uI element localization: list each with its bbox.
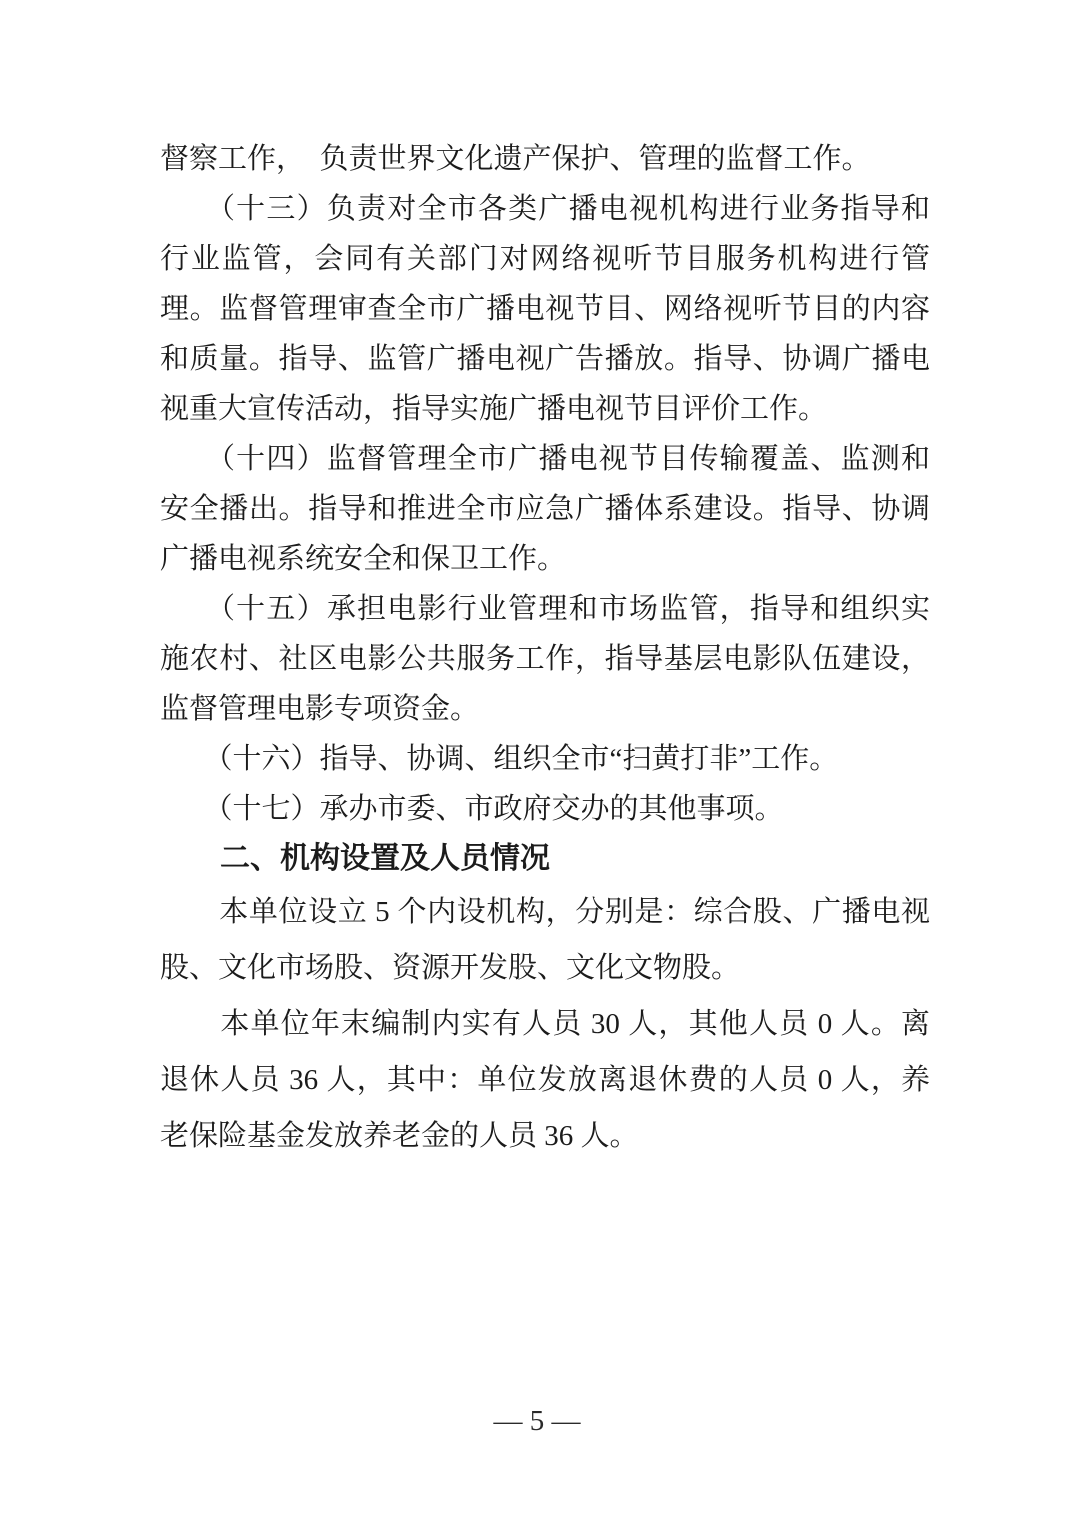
paragraph: 本单位设立 5 个内设机构，分别是：综合股、广播电视股、文化市场股、资源开发股、… (160, 884, 930, 996)
document-body: 督察工作， 负责世界文化遗产保护、管理的监督工作。 （十三）负责对全市各类广播电… (160, 134, 930, 1164)
text-line: 行业监管，会同有关部门对网络视听节目服务机构进行管 (160, 234, 930, 284)
paragraph: （十六）指导、协调、组织全市“扫黄打非”工作。 (160, 734, 930, 784)
paragraph: （十四）监督管理全市广播电视节目传输覆盖、监测和安全播出。指导和推进全市应急广播… (160, 434, 930, 584)
page-number: — 5 — (494, 1405, 581, 1437)
document-page: 督察工作， 负责世界文化遗产保护、管理的监督工作。 （十三）负责对全市各类广播电… (0, 0, 1074, 1520)
page-footer: — 5 — (0, 1400, 1074, 1442)
text-line: 二、机构设置及人员情况 (160, 834, 930, 884)
text-line: 视重大宣传活动，指导实施广播电视节目评价工作。 (160, 384, 930, 434)
text-line: （十四）监督管理全市广播电视节目传输覆盖、监测和 (160, 434, 930, 484)
section-heading: 二、机构设置及人员情况 (160, 834, 930, 884)
text-line: 股、文化市场股、资源开发股、文化文物股。 (160, 940, 930, 996)
paragraph: （十五）承担电影行业管理和市场监管，指导和组织实施农村、社区电影公共服务工作，指… (160, 584, 930, 734)
text-line: 督察工作， 负责世界文化遗产保护、管理的监督工作。 (160, 134, 930, 184)
text-line: （十五）承担电影行业管理和市场监管，指导和组织实 (160, 584, 930, 634)
text-line: 安全播出。指导和推进全市应急广播体系建设。指导、协调 (160, 484, 930, 534)
paragraph: （十三）负责对全市各类广播电视机构进行业务指导和行业监管，会同有关部门对网络视听… (160, 184, 930, 434)
paragraph: （十七）承办市委、市政府交办的其他事项。 (160, 784, 930, 834)
text-line: 和质量。指导、监管广播电视广告播放。指导、协调广播电 (160, 334, 930, 384)
text-line: （十七）承办市委、市政府交办的其他事项。 (160, 784, 930, 834)
text-line: 老保险基金发放养老金的人员 36 人。 (160, 1108, 930, 1164)
text-line: （十三）负责对全市各类广播电视机构进行业务指导和 (160, 184, 930, 234)
text-line: （十六）指导、协调、组织全市“扫黄打非”工作。 (160, 734, 930, 784)
text-line: 本单位年末编制内实有人员 30 人，其他人员 0 人。离 (160, 996, 930, 1052)
text-line: 退休人员 36 人，其中：单位发放离退休费的人员 0 人，养 (160, 1052, 930, 1108)
text-line: 监督管理电影专项资金。 (160, 684, 930, 734)
text-line: 理。监督管理审查全市广播电视节目、网络视听节目的内容 (160, 284, 930, 334)
text-line: 施农村、社区电影公共服务工作，指导基层电影队伍建设， (160, 634, 930, 684)
paragraph: 督察工作， 负责世界文化遗产保护、管理的监督工作。 (160, 134, 930, 184)
text-line: 本单位设立 5 个内设机构，分别是：综合股、广播电视 (160, 884, 930, 940)
paragraph: 本单位年末编制内实有人员 30 人，其他人员 0 人。离退休人员 36 人，其中… (160, 996, 930, 1164)
text-line: 广播电视系统安全和保卫工作。 (160, 534, 930, 584)
